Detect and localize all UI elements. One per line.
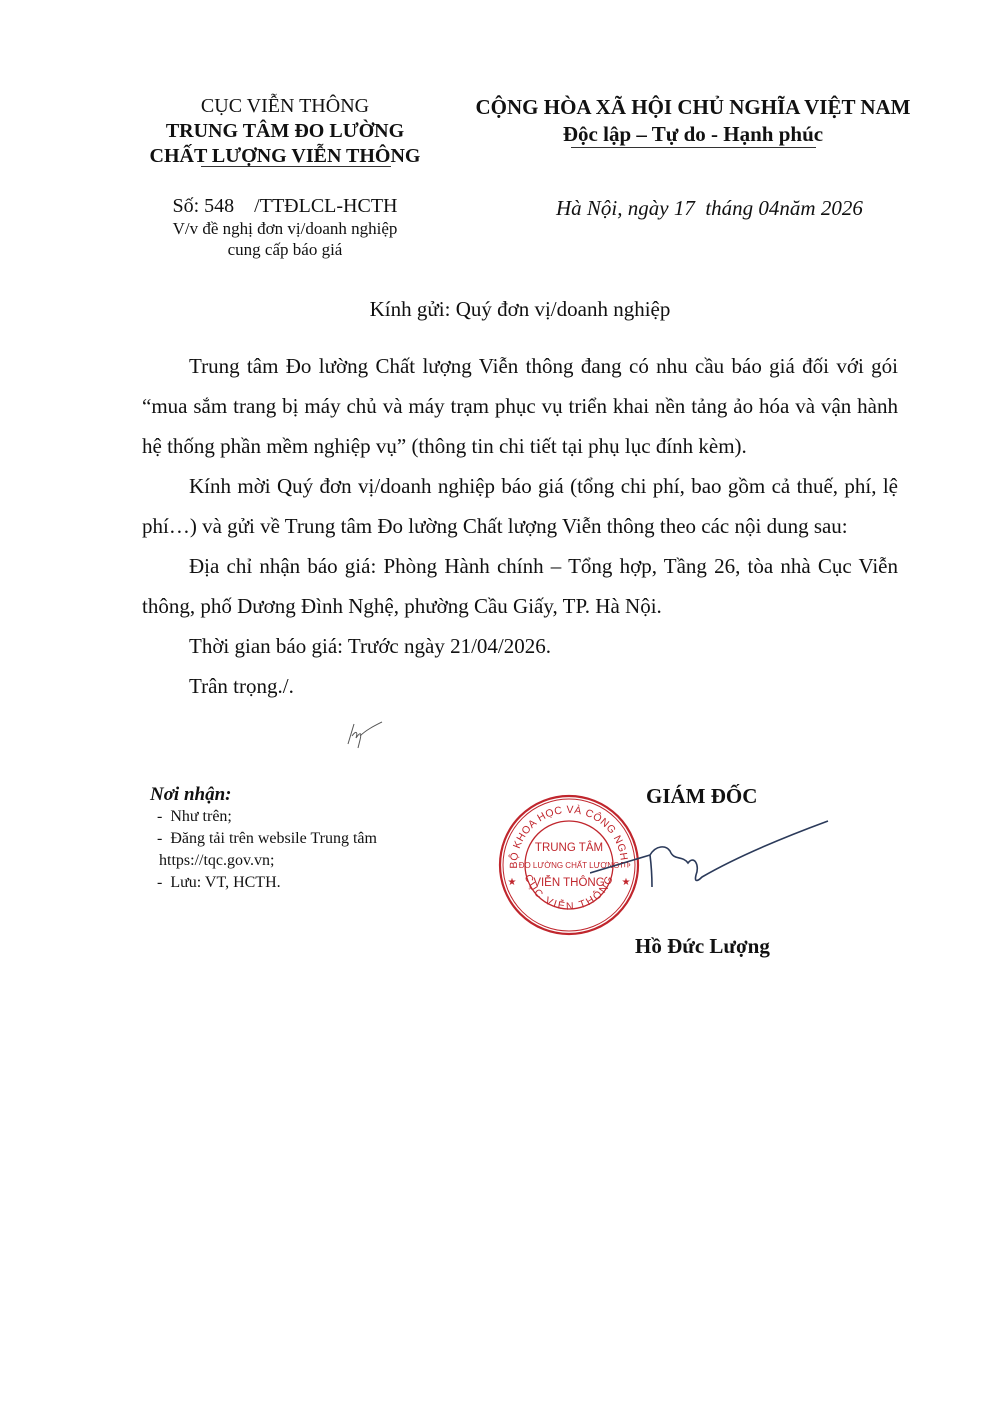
body-paragraph: Trung tâm Đo lường Chất lượng Viễn thông… (142, 346, 898, 466)
body-paragraph: Địa chỉ nhận báo giá: Phòng Hành chính –… (142, 546, 898, 626)
signer-name: Hồ Đức Lượng (635, 934, 770, 959)
national-motto: Độc lập – Tự do - Hạnh phúc (462, 121, 924, 147)
agency-underline (201, 166, 391, 167)
issuing-agency-block: CỤC VIỄN THÔNG TRUNG TÂM ĐO LƯỜNG CHẤT L… (130, 94, 440, 169)
svg-text:★: ★ (508, 877, 517, 888)
director-signature-icon (590, 815, 830, 895)
agency-name-line1: TRUNG TÂM ĐO LƯỜNG (130, 119, 440, 144)
recipient-item: - Lưu: VT, HCTH. (150, 872, 450, 894)
subject-line2: cung cấp báo giá (130, 239, 440, 260)
document-reference: Số: 548 /TTĐLCL-HCTH V/v đề nghị đơn vị/… (130, 194, 440, 260)
recipient-item: - Đăng tải trên websile Trung tâm (150, 828, 450, 850)
recipients-title: Nơi nhận: (150, 784, 450, 806)
letter-body: Trung tâm Đo lường Chất lượng Viễn thông… (142, 346, 898, 706)
closing: Trân trọng./. (142, 666, 898, 706)
recipient-link[interactable]: https://tqc.gov.vn; (150, 850, 450, 872)
recipients-block: Nơi nhận: - Như trên; - Đăng tải trên we… (150, 784, 450, 894)
motto-underline (571, 147, 816, 148)
subject-line1: V/v đề nghị đơn vị/doanh nghiệp (130, 218, 440, 239)
nation-title: CỘNG HÒA XÃ HỘI CHỦ NGHĨA VIỆT NAM (462, 94, 924, 121)
document-number: Số: 548 /TTĐLCL-HCTH (130, 194, 440, 218)
body-paragraph: Kính mời Quý đơn vị/doanh nghiệp báo giá… (142, 466, 898, 546)
parent-agency: CỤC VIỄN THÔNG (130, 94, 440, 119)
body-paragraph: Thời gian báo giá: Trước ngày 21/04/2026… (142, 626, 898, 666)
issue-date: Hà Nội, ngày 17 tháng 04năm 2026 (556, 194, 863, 222)
signer-title: GIÁM ĐỐC (646, 784, 757, 809)
recipient-item: - Như trên; (150, 806, 450, 828)
initial-mark-icon (340, 718, 384, 750)
national-header-block: CỘNG HÒA XÃ HỘI CHỦ NGHĨA VIỆT NAM Độc l… (462, 94, 924, 147)
greeting: Kính gửi: Quý đơn vị/doanh nghiệp (0, 294, 992, 324)
